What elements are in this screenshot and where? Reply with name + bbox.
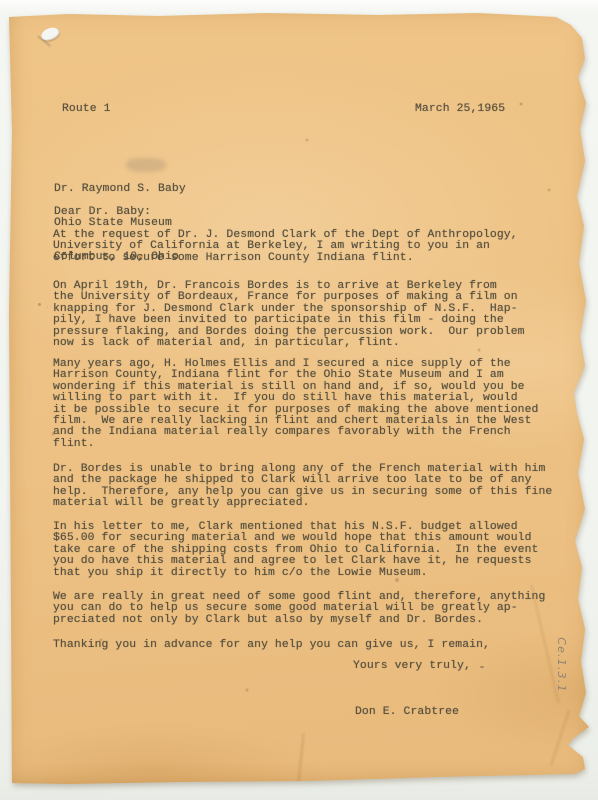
scan-background: Route 1 March 25,1965 Dr. Raymond S. Bab…	[0, 0, 598, 800]
letter-paragraph: We are really in great need of some good…	[53, 592, 545, 626]
letter-date: March 25,1965	[415, 104, 505, 115]
recipient-address-block: Dr. Raymond S. Baby Ohio State Museum Co…	[54, 161, 186, 286]
paper-specks	[8, 11, 10, 13]
letter-paragraph: At the request of Dr. J. Desmond Clark o…	[53, 230, 518, 264]
closing-line: Thanking you in advance for any help you…	[53, 640, 490, 651]
letter-paragraph: Dr. Bordes is unable to bring along any …	[53, 464, 552, 510]
letter-paragraph: In his letter to me, Clark mentioned tha…	[53, 522, 538, 579]
stray-mark	[38, 303, 41, 306]
paper-shadow: Route 1 March 25,1965 Dr. Raymond S. Bab…	[0, 0, 598, 800]
letter-paragraph: On April 19th, Dr. Francois Bordes is to…	[53, 281, 525, 349]
valediction: Yours very truly,	[353, 661, 471, 672]
recipient-name: Dr. Raymond S. Baby	[54, 184, 186, 195]
letter-paragraph: Many years ago, H. Holmes Ellis and I se…	[53, 359, 538, 450]
signature-typed-name: Don E. Crabtree	[355, 707, 459, 718]
paper-crease	[297, 733, 304, 783]
letter-paper: Route 1 March 25,1965 Dr. Raymond S. Bab…	[8, 11, 590, 787]
sender-route: Route 1	[62, 104, 111, 115]
salutation: Dear Dr. Baby:	[54, 207, 151, 218]
stray-dot	[480, 666, 484, 668]
paper-crease	[550, 710, 570, 766]
recipient-organization: Ohio State Museum	[54, 218, 186, 229]
catalog-annotation: Ce.1.3.1	[554, 624, 568, 706]
